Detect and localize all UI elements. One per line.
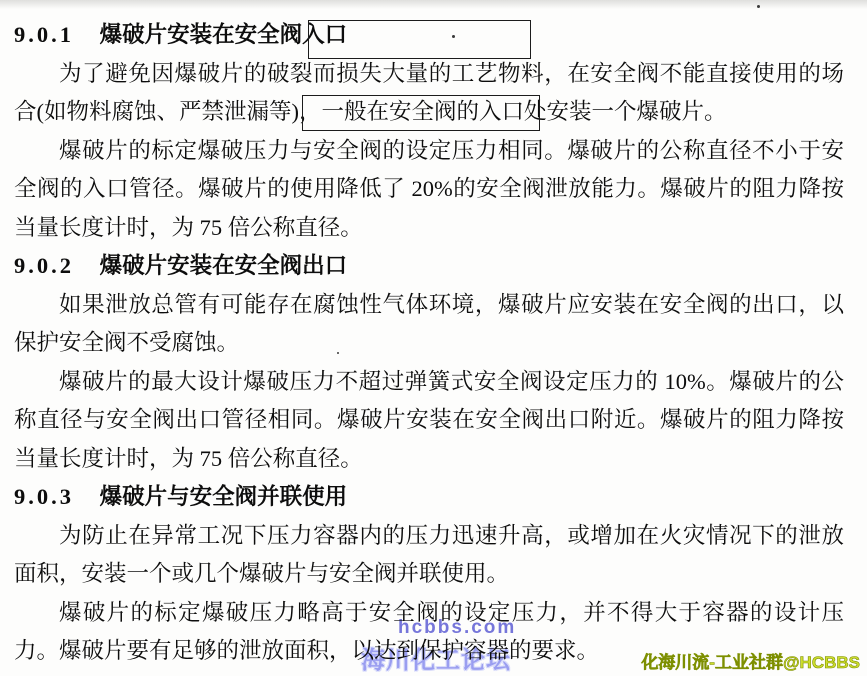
document-text: 9.0.1 爆破片安装在安全阀入口 为了避免因爆破片的破裂而损失大量的工艺物料，…: [0, 0, 867, 671]
scan-speck: [337, 352, 339, 354]
section-heading-9-0-2: 9.0.2 爆破片安装在安全阀出口: [14, 247, 844, 286]
section-number: 9.0.1: [14, 22, 74, 47]
section-heading-9-0-3: 9.0.3 爆破片与安全阀并联使用: [14, 478, 844, 517]
paragraph: 爆破片的最大设计爆破压力不超过弹簧式安全阀设定压力的 10%。爆破片的公称直径与…: [14, 363, 844, 479]
section-title: 爆破片与安全阀并联使用: [100, 484, 348, 509]
credit-badge: 化海川流-工业社群@HCBBS: [641, 648, 860, 673]
section-heading-9-0-1: 9.0.1 爆破片安装在安全阀入口: [14, 16, 844, 55]
section-title: 爆破片安装在安全阀入口: [100, 22, 348, 47]
paragraph: 爆破片的标定爆破压力与安全阀的设定压力相同。爆破片的公称直径不小于安全阀的入口管…: [14, 132, 844, 248]
paragraph: 为了避免因爆破片的破裂而损失大量的工艺物料，在安全阀不能直接使用的场合(如物料腐…: [14, 55, 844, 132]
section-title: 爆破片安装在安全阀出口: [100, 253, 348, 278]
paragraph: 如果泄放总管有可能存在腐蚀性气体环境，爆破片应安装在安全阀的出口，以保护安全阀不…: [14, 286, 844, 363]
scan-speck: [757, 5, 760, 8]
paragraph: 为防止在异常工况下压力容器内的压力迅速升高，或增加在火灾情况下的泄放面积，安装一…: [14, 517, 844, 594]
section-number: 9.0.3: [14, 484, 74, 509]
section-number: 9.0.2: [14, 253, 74, 278]
scanned-document-page: hcbbs.com 9.0.1 爆破片安装在安全阀入口 为了避免因爆破片的破裂而…: [0, 0, 867, 676]
scan-speck: [452, 35, 455, 38]
